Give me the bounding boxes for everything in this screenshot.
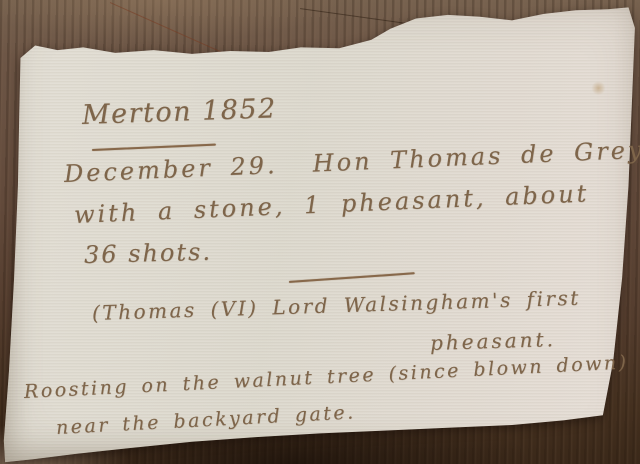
- footer-line-roosting: Roosting on the walnut tree (since blown…: [23, 351, 629, 403]
- annotation-line-pheasant: pheasant.: [430, 327, 557, 355]
- photo-of-handwritten-note: Merton 1852 December 29. Hon Thomas de G…: [0, 0, 640, 464]
- entry-line-shots: 36 shots.: [84, 238, 213, 269]
- title-underline-rule: [92, 144, 216, 151]
- footer-line-backyard-gate: near the backyard gate.: [55, 401, 356, 439]
- entry-line-stone-pheasant: with a stone, 1 pheasant, about: [73, 179, 589, 229]
- section-divider-rule: [289, 272, 415, 283]
- handwriting-layer: Merton 1852 December 29. Hon Thomas de G…: [0, 0, 640, 464]
- note-title: Merton 1852: [81, 93, 277, 131]
- annotation-line-walsingham: (Thomas (VI) Lord Walsingham's first: [92, 286, 581, 325]
